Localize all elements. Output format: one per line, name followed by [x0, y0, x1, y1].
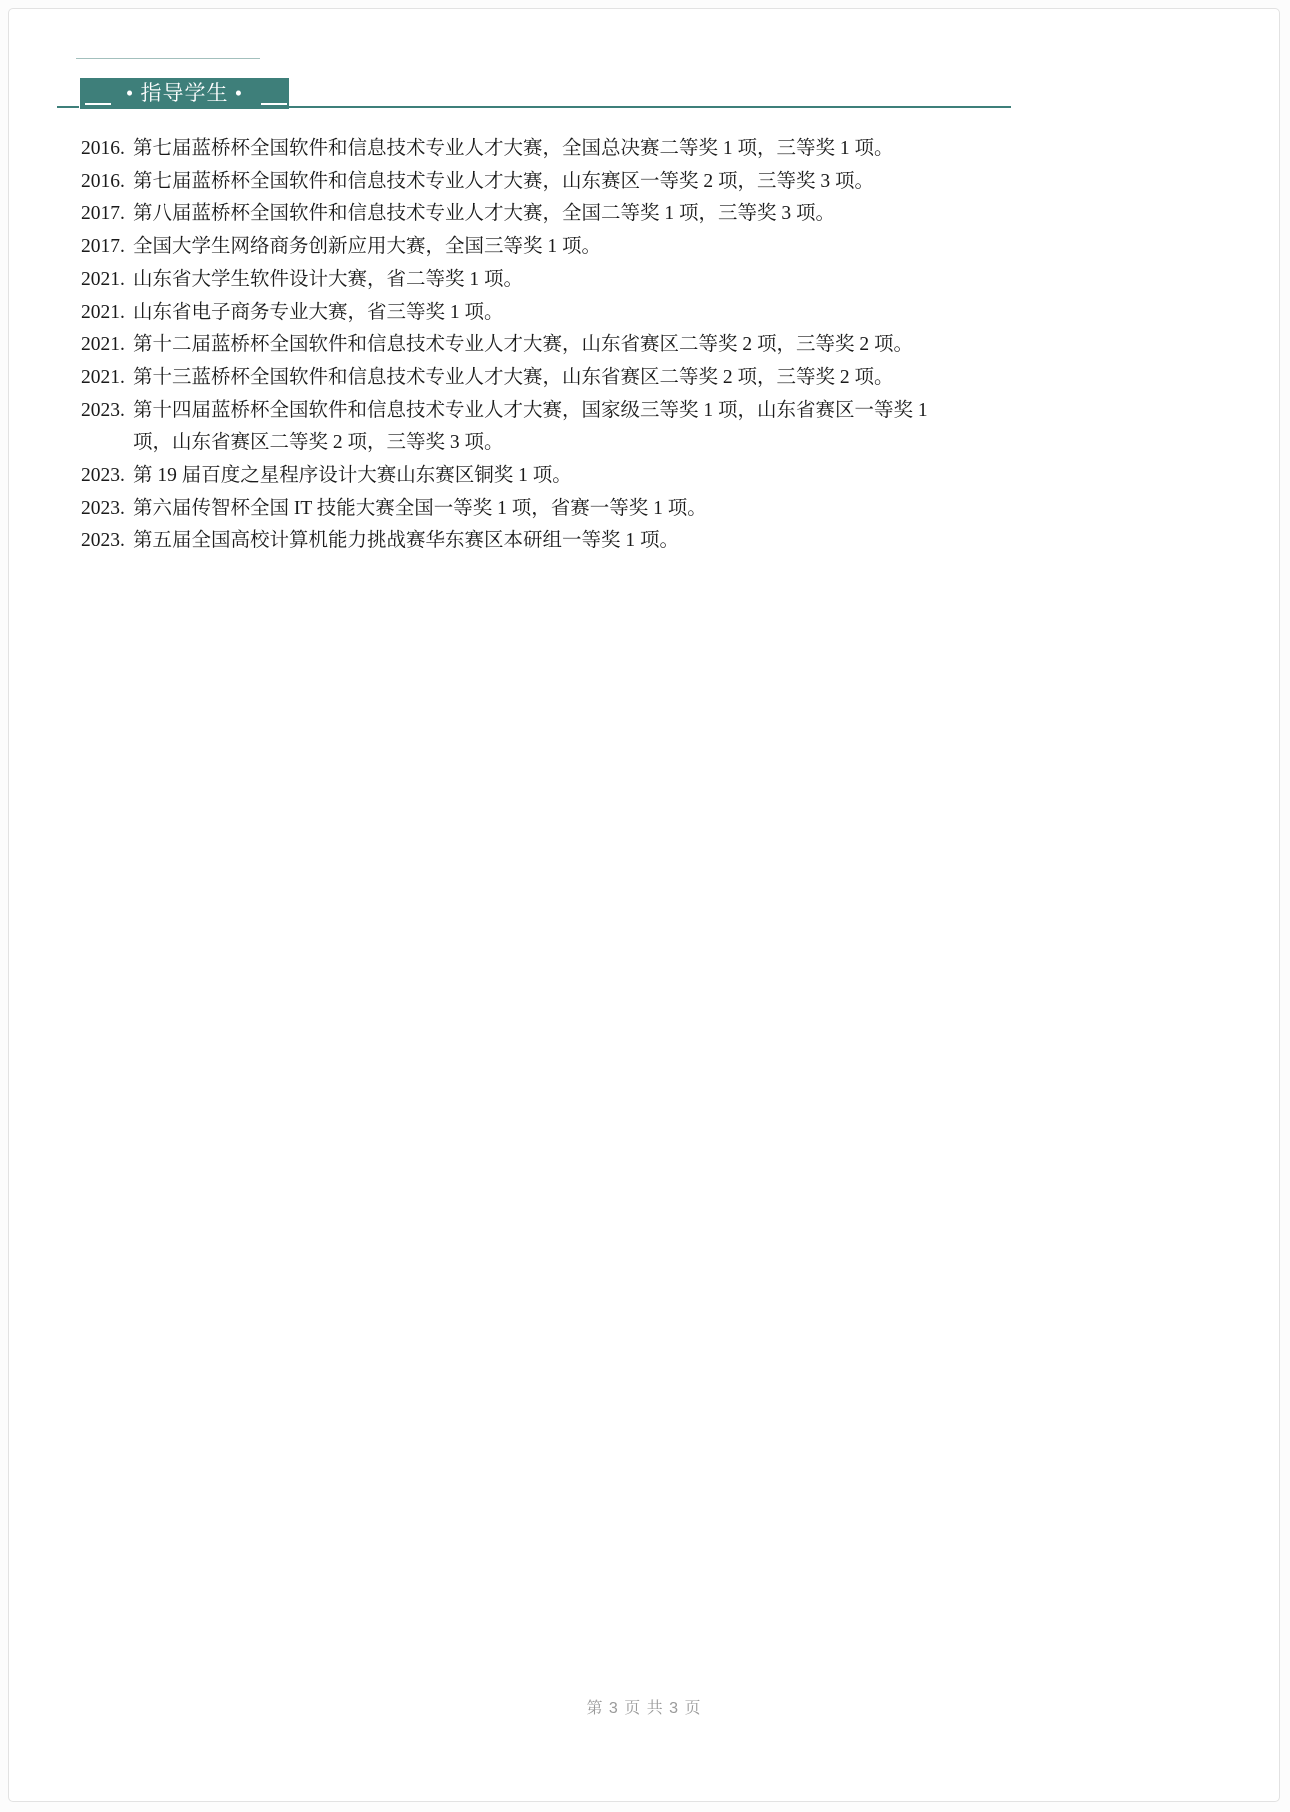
award-item: 2021. 山东省大学生软件设计大赛，省二等奖 1 项。 [81, 264, 955, 297]
award-item: 2021. 第十二届蓝桥杯全国软件和信息技术专业人才大赛，山东省赛区二等奖 2 … [81, 329, 955, 362]
award-item: 2017. 第八届蓝桥杯全国软件和信息技术专业人才大赛，全国二等奖 1 项，三等… [81, 198, 955, 231]
award-year: 2023. [81, 395, 133, 460]
award-item: 2016. 第七届蓝桥杯全国软件和信息技术专业人才大赛，全国总决赛二等奖 1 项… [81, 133, 955, 166]
award-year: 2021. [81, 264, 133, 297]
award-text: 第 19 届百度之星程序设计大赛山东赛区铜奖 1 项。 [133, 460, 955, 493]
award-item: 2017. 全国大学生网络商务创新应用大赛，全国三等奖 1 项。 [81, 231, 955, 264]
header-thin-rule [76, 58, 260, 59]
award-text: 第十三蓝桥杯全国软件和信息技术专业人才大赛，山东省赛区二等奖 2 项，三等奖 2… [133, 362, 955, 395]
award-year: 2023. [81, 460, 133, 493]
award-item: 2021. 山东省电子商务专业大赛，省三等奖 1 项。 [81, 297, 955, 330]
header-underscore-inner-left [85, 103, 111, 105]
award-item: 2021. 第十三蓝桥杯全国软件和信息技术专业人才大赛，山东省赛区二等奖 2 项… [81, 362, 955, 395]
award-year: 2016. [81, 166, 133, 199]
award-year: 2017. [81, 198, 133, 231]
award-item: 2023. 第 19 届百度之星程序设计大赛山东赛区铜奖 1 项。 [81, 460, 955, 493]
document-page: • 指导学生 • 2016. 第七届蓝桥杯全国软件和信息技术专业人才大赛，全国总… [8, 8, 1280, 1802]
award-year: 2016. [81, 133, 133, 166]
award-item: 2016. 第七届蓝桥杯全国软件和信息技术专业人才大赛，山东赛区一等奖 2 项，… [81, 166, 955, 199]
award-year: 2017. [81, 231, 133, 264]
award-year: 2021. [81, 329, 133, 362]
award-item: 2023. 第六届传智杯全国 IT 技能大赛全国一等奖 1 项，省赛一等奖 1 … [81, 493, 955, 526]
awards-list: 2016. 第七届蓝桥杯全国软件和信息技术专业人才大赛，全国总决赛二等奖 1 项… [81, 133, 955, 558]
award-year: 2021. [81, 297, 133, 330]
award-text: 第八届蓝桥杯全国软件和信息技术专业人才大赛，全国二等奖 1 项，三等奖 3 项。 [133, 198, 955, 231]
award-year: 2023. [81, 493, 133, 526]
page-number: 第 3 页 共 3 页 [9, 1695, 1279, 1718]
header-horizontal-rule [289, 106, 1011, 108]
header-underscore-inner-right [261, 103, 287, 105]
award-text: 全国大学生网络商务创新应用大赛，全国三等奖 1 项。 [133, 231, 955, 264]
award-item: 2023. 第五届全国高校计算机能力挑战赛华东赛区本研组一等奖 1 项。 [81, 525, 955, 558]
award-text: 第十二届蓝桥杯全国软件和信息技术专业人才大赛，山东省赛区二等奖 2 项，三等奖 … [133, 329, 955, 362]
award-text: 第七届蓝桥杯全国软件和信息技术专业人才大赛，全国总决赛二等奖 1 项，三等奖 1… [133, 133, 955, 166]
award-text: 第十四届蓝桥杯全国软件和信息技术专业人才大赛，国家级三等奖 1 项，山东省赛区一… [133, 395, 955, 460]
award-text: 山东省电子商务专业大赛，省三等奖 1 项。 [133, 297, 955, 330]
award-item: 2023. 第十四届蓝桥杯全国软件和信息技术专业人才大赛，国家级三等奖 1 项，… [81, 395, 955, 460]
award-text: 山东省大学生软件设计大赛，省二等奖 1 项。 [133, 264, 955, 297]
award-text: 第六届传智杯全国 IT 技能大赛全国一等奖 1 项，省赛一等奖 1 项。 [133, 493, 955, 526]
section-title-badge: • 指导学生 • [80, 78, 289, 109]
award-year: 2023. [81, 525, 133, 558]
award-text: 第五届全国高校计算机能力挑战赛华东赛区本研组一等奖 1 项。 [133, 525, 955, 558]
header-underscore-left [57, 106, 79, 108]
award-year: 2021. [81, 362, 133, 395]
award-text: 第七届蓝桥杯全国软件和信息技术专业人才大赛，山东赛区一等奖 2 项，三等奖 3 … [133, 166, 955, 199]
